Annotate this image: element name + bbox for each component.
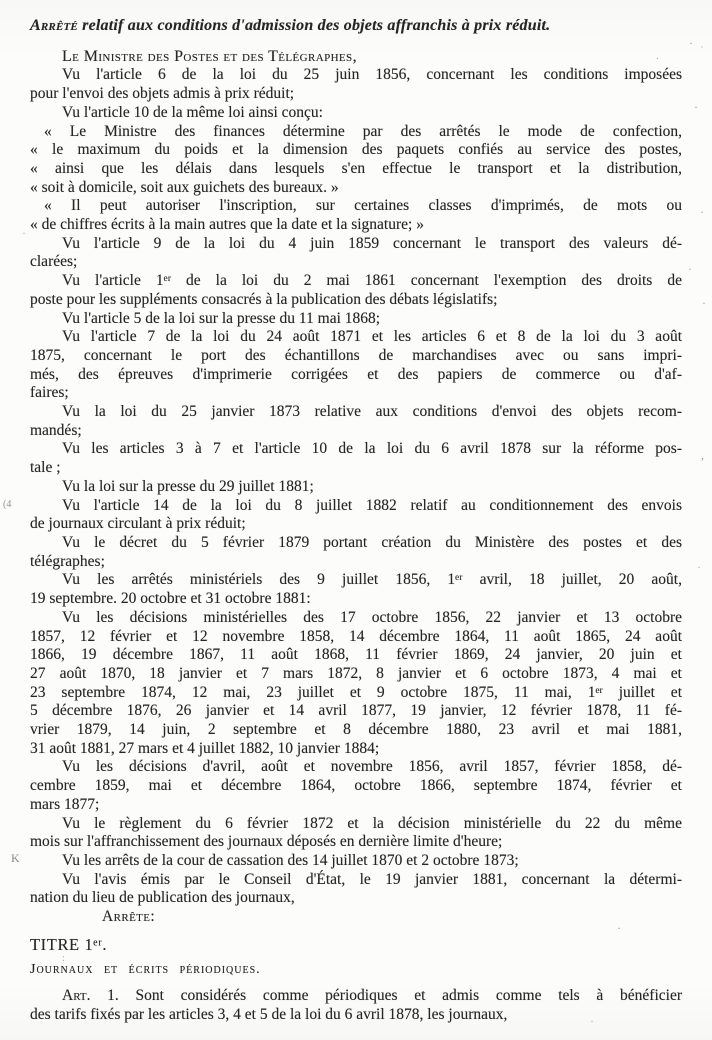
text-line: poste pour les suppléments consacrés à l…: [30, 291, 682, 310]
text-line: vrier 1879, 14 juin, 2 septembre et 8 dé…: [30, 721, 682, 740]
text-line: Vu le règlement du 6 février 1872 et la …: [30, 815, 682, 834]
visa-loi-1882: Vu l'article 14 de la loi du 8 juillet 1…: [30, 497, 682, 534]
text-line: 19 septembre. 20 octobre et 31 octobre 1…: [30, 590, 682, 609]
text-line: cembre 1859, mai et décembre 1864, octob…: [30, 777, 682, 796]
visa-decisions-ministerielles: Vu les décisions ministérielles des 17 o…: [30, 609, 682, 759]
visa-decret-1879: Vu le décret du 5 février 1879 portant c…: [30, 534, 682, 571]
titre-1-heading: TITRE 1ᵉʳ.: [30, 936, 682, 955]
scan-artifact: ,: [701, 448, 704, 463]
text-line: 23 septembre 1874, 12 mai, 23 juillet et…: [30, 684, 682, 703]
scan-artifact: ·: [689, 36, 693, 51]
text-line: Vu l'article 1ᵉʳ de la loi du 2 mai 1861…: [30, 272, 682, 291]
text-line: « Le Ministre des finances détermine par…: [30, 123, 682, 142]
citation-article-10-alinea-1: « Le Ministre des finances détermine par…: [30, 123, 682, 198]
scan-artifact: ·: [694, 100, 698, 115]
visa-reglement-1872: Vu le règlement du 6 février 1872 et la …: [30, 815, 682, 852]
visa-lois-1871-1875: Vu l'article 7 de la loi du 24 août 1871…: [30, 328, 682, 403]
text-line: 27 août 1870, 18 janvier et 7 mars 1872,…: [30, 665, 682, 684]
text-line: pour l'envoi des objets admis à prix réd…: [30, 85, 682, 104]
text-line: télégraphes;: [30, 553, 682, 572]
scan-artifact: ·: [700, 205, 704, 220]
text-line: mandés;: [30, 422, 682, 441]
text-line: « Il peut autoriser l'inscription, sur c…: [30, 197, 682, 216]
titre-1-subtitle: Journaux et écrits périodiques.: [30, 961, 682, 980]
text-line: clarées;: [30, 253, 682, 272]
article-1: Art. 1. Sont considérés comme périodique…: [30, 987, 682, 1024]
visa-loi-1873: Vu la loi du 25 janvier 1873 relative au…: [30, 403, 682, 440]
visa-arretes-ministeriels: Vu les arrêtés ministériels des 9 juille…: [30, 571, 682, 608]
text-line: 1875, concernant le port des échantillon…: [30, 347, 682, 366]
text-line: 5 décembre 1876, 26 janvier et 14 avril …: [30, 702, 682, 721]
line-text: Sont considérés comme périodiques et adm…: [119, 987, 682, 1004]
text-line: des tarifs fixés par les articles 3, 4 e…: [30, 1006, 682, 1025]
visa-decisions: Vu les décisions d'avril, août et novemb…: [30, 758, 682, 814]
text-line: Vu l'article 14 de la loi du 8 juillet 1…: [30, 497, 682, 516]
text-line: Vu l'article 6 de la loi du 25 juin 1856…: [30, 66, 682, 85]
page: Arrêté relatif aux conditions d'admissio…: [0, 0, 712, 1040]
text-line: Le Ministre des Postes et des Télégraphe…: [30, 48, 682, 67]
text-line: Art. 1. Sont considérés comme périodique…: [30, 987, 682, 1006]
minister-line: Le Ministre des Postes et des Télégraphe…: [30, 48, 682, 67]
text-line: Vu l'avis émis par le Conseil d'État, le…: [30, 871, 682, 890]
text-line: Journaux et écrits périodiques.: [30, 961, 682, 980]
text-line: nation du lieu de publication des journa…: [30, 889, 682, 908]
text-line: tale ;: [30, 459, 682, 478]
text-line: Vu l'article 9 de la loi du 4 juin 1859 …: [30, 235, 682, 254]
text-line: més, des épreuves d'imprimerie corrigées…: [30, 366, 682, 385]
visa-loi-1856-art10: Vu l'article 10 de la même loi ainsi con…: [30, 104, 682, 123]
text-line: 1857, 12 février et 12 novembre 1858, 14…: [30, 628, 682, 647]
text-line: Vu la loi du 25 janvier 1873 relative au…: [30, 403, 682, 422]
text-line: 1866, 19 décembre 1867, 11 août 1868, 11…: [30, 646, 682, 665]
text-line: Vu l'article 7 de la loi du 24 août 1871…: [30, 328, 682, 347]
text-line: faires;: [30, 384, 682, 403]
text-line: Vu les articles 3 à 7 et l'article 10 de…: [30, 440, 682, 459]
text-line: Vu les décisions ministérielles des 17 o…: [30, 609, 682, 628]
visa-loi-1856-art6: Vu l'article 6 de la loi du 25 juin 1856…: [30, 66, 682, 103]
lead-text: Art. 1.: [62, 987, 119, 1004]
scan-artifact: ·: [697, 560, 701, 575]
text-line: Vu les décisions d'avril, août et novemb…: [30, 758, 682, 777]
scan-artifact: ·: [22, 226, 26, 241]
visa-loi-1868: Vu l'article 5 de la loi sur la presse d…: [30, 310, 682, 329]
lead-text: Arrêté: [30, 17, 78, 34]
text-line: Vu les arrêtés ministériels des 9 juille…: [30, 571, 682, 590]
text-line: Arrête:: [102, 908, 682, 927]
text-line: Vu le décret du 5 février 1879 portant c…: [30, 534, 682, 553]
text-line: Vu la loi sur la presse du 29 juillet 18…: [30, 478, 682, 497]
scan-artifact: K: [11, 851, 20, 866]
visa-loi-presse-1881: Vu la loi sur la presse du 29 juillet 18…: [30, 478, 682, 497]
text-line: « soit à domicile, soit aux guichets des…: [30, 179, 682, 198]
doc-title: Arrêté relatif aux conditions d'admissio…: [30, 17, 682, 36]
visa-loi-1878: Vu les articles 3 à 7 et l'article 10 de…: [30, 440, 682, 477]
document-body: Arrêté relatif aux conditions d'admissio…: [30, 17, 682, 1025]
text-line: TITRE 1ᵉʳ.: [30, 936, 682, 955]
text-line: « le maximum du poids et la dimension de…: [30, 141, 682, 160]
scan-artifact: ·: [688, 262, 692, 277]
text-line: Vu l'article 5 de la loi sur la presse d…: [30, 310, 682, 329]
text-line: mars 1877;: [30, 796, 682, 815]
text-line: Vu les arrêts de la cour de cassation de…: [30, 852, 682, 871]
visa-loi-1861: Vu l'article 1ᵉʳ de la loi du 2 mai 1861…: [30, 272, 682, 309]
text-line: « de chiffres écrits à la main autres qu…: [30, 216, 682, 235]
text-line: mois sur l'affranchissement des journaux…: [30, 833, 682, 852]
text-line: de journaux circulant à prix réduit;: [30, 515, 682, 534]
arrete-formula: Arrête:: [102, 908, 682, 927]
text-line: « ainsi que les délais dans lesquels s'e…: [30, 160, 682, 179]
text-line: Vu l'article 10 de la même loi ainsi con…: [30, 104, 682, 123]
scan-artifact: ·: [702, 296, 706, 311]
visa-conseil-etat: Vu l'avis émis par le Conseil d'État, le…: [30, 871, 682, 908]
line-text: relatif aux conditions d'admission des o…: [78, 17, 550, 34]
visa-cour-cassation: Vu les arrêts de la cour de cassation de…: [30, 852, 682, 871]
text-line: 31 août 1881, 27 mars et 4 juillet 1882,…: [30, 740, 682, 759]
visa-loi-1859: Vu l'article 9 de la loi du 4 juin 1859 …: [30, 235, 682, 272]
scan-artifact: ˙: [700, 43, 704, 58]
scan-artifact: (4: [3, 499, 11, 510]
text-line: Arrêté relatif aux conditions d'admissio…: [30, 17, 682, 36]
citation-article-10-alinea-2: « Il peut autoriser l'inscription, sur c…: [30, 197, 682, 234]
